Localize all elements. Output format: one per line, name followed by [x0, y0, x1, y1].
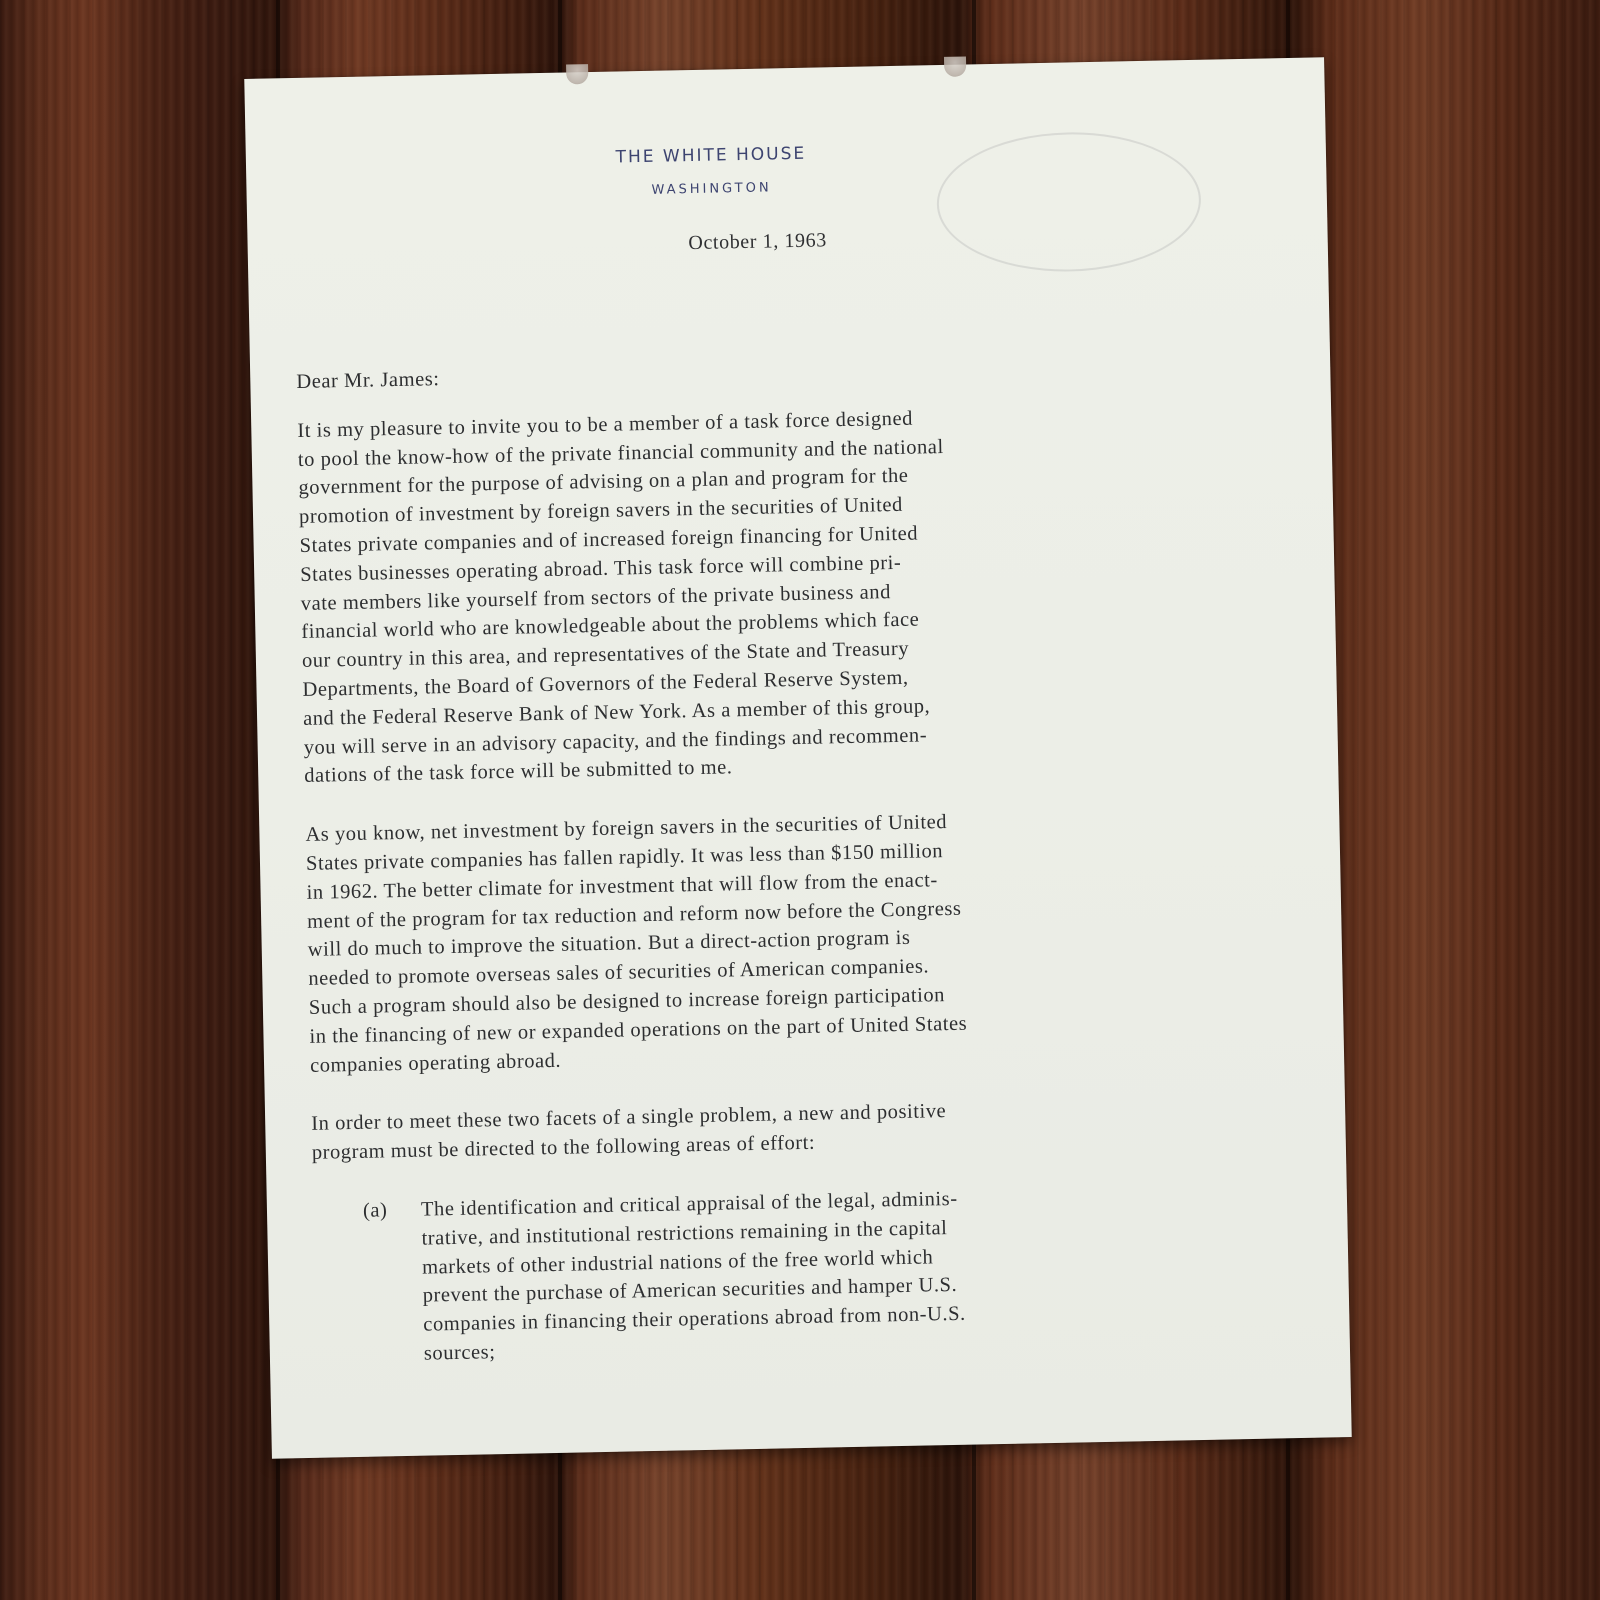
- paragraph-2: As you know, net investment by foreign s…: [305, 802, 1270, 1080]
- letter-date: October 1, 1963: [248, 219, 1328, 264]
- list-items: (a)The identification and critical appra…: [313, 1178, 1276, 1370]
- list-item: (a)The identification and critical appra…: [363, 1178, 1276, 1369]
- letter-body: Dear Mr. James: It is my pleasure to inv…: [296, 349, 1276, 1371]
- paragraph-1: It is my pleasure to invite you to be a …: [297, 398, 1264, 792]
- paragraph-3: In order to meet these two facets of a s…: [311, 1091, 1272, 1168]
- letter-sheet: THE WHITE HOUSE WASHINGTON October 1, 19…: [244, 57, 1351, 1458]
- page-clip-mark: [566, 64, 588, 84]
- page-clip-mark: [944, 56, 966, 76]
- list-item-text: The identification and critical appraisa…: [421, 1185, 967, 1369]
- salutation: Dear Mr. James:: [296, 349, 1256, 397]
- paragraphs: It is my pleasure to invite you to be a …: [297, 398, 1272, 1168]
- list-item-marker: (a): [363, 1196, 424, 1370]
